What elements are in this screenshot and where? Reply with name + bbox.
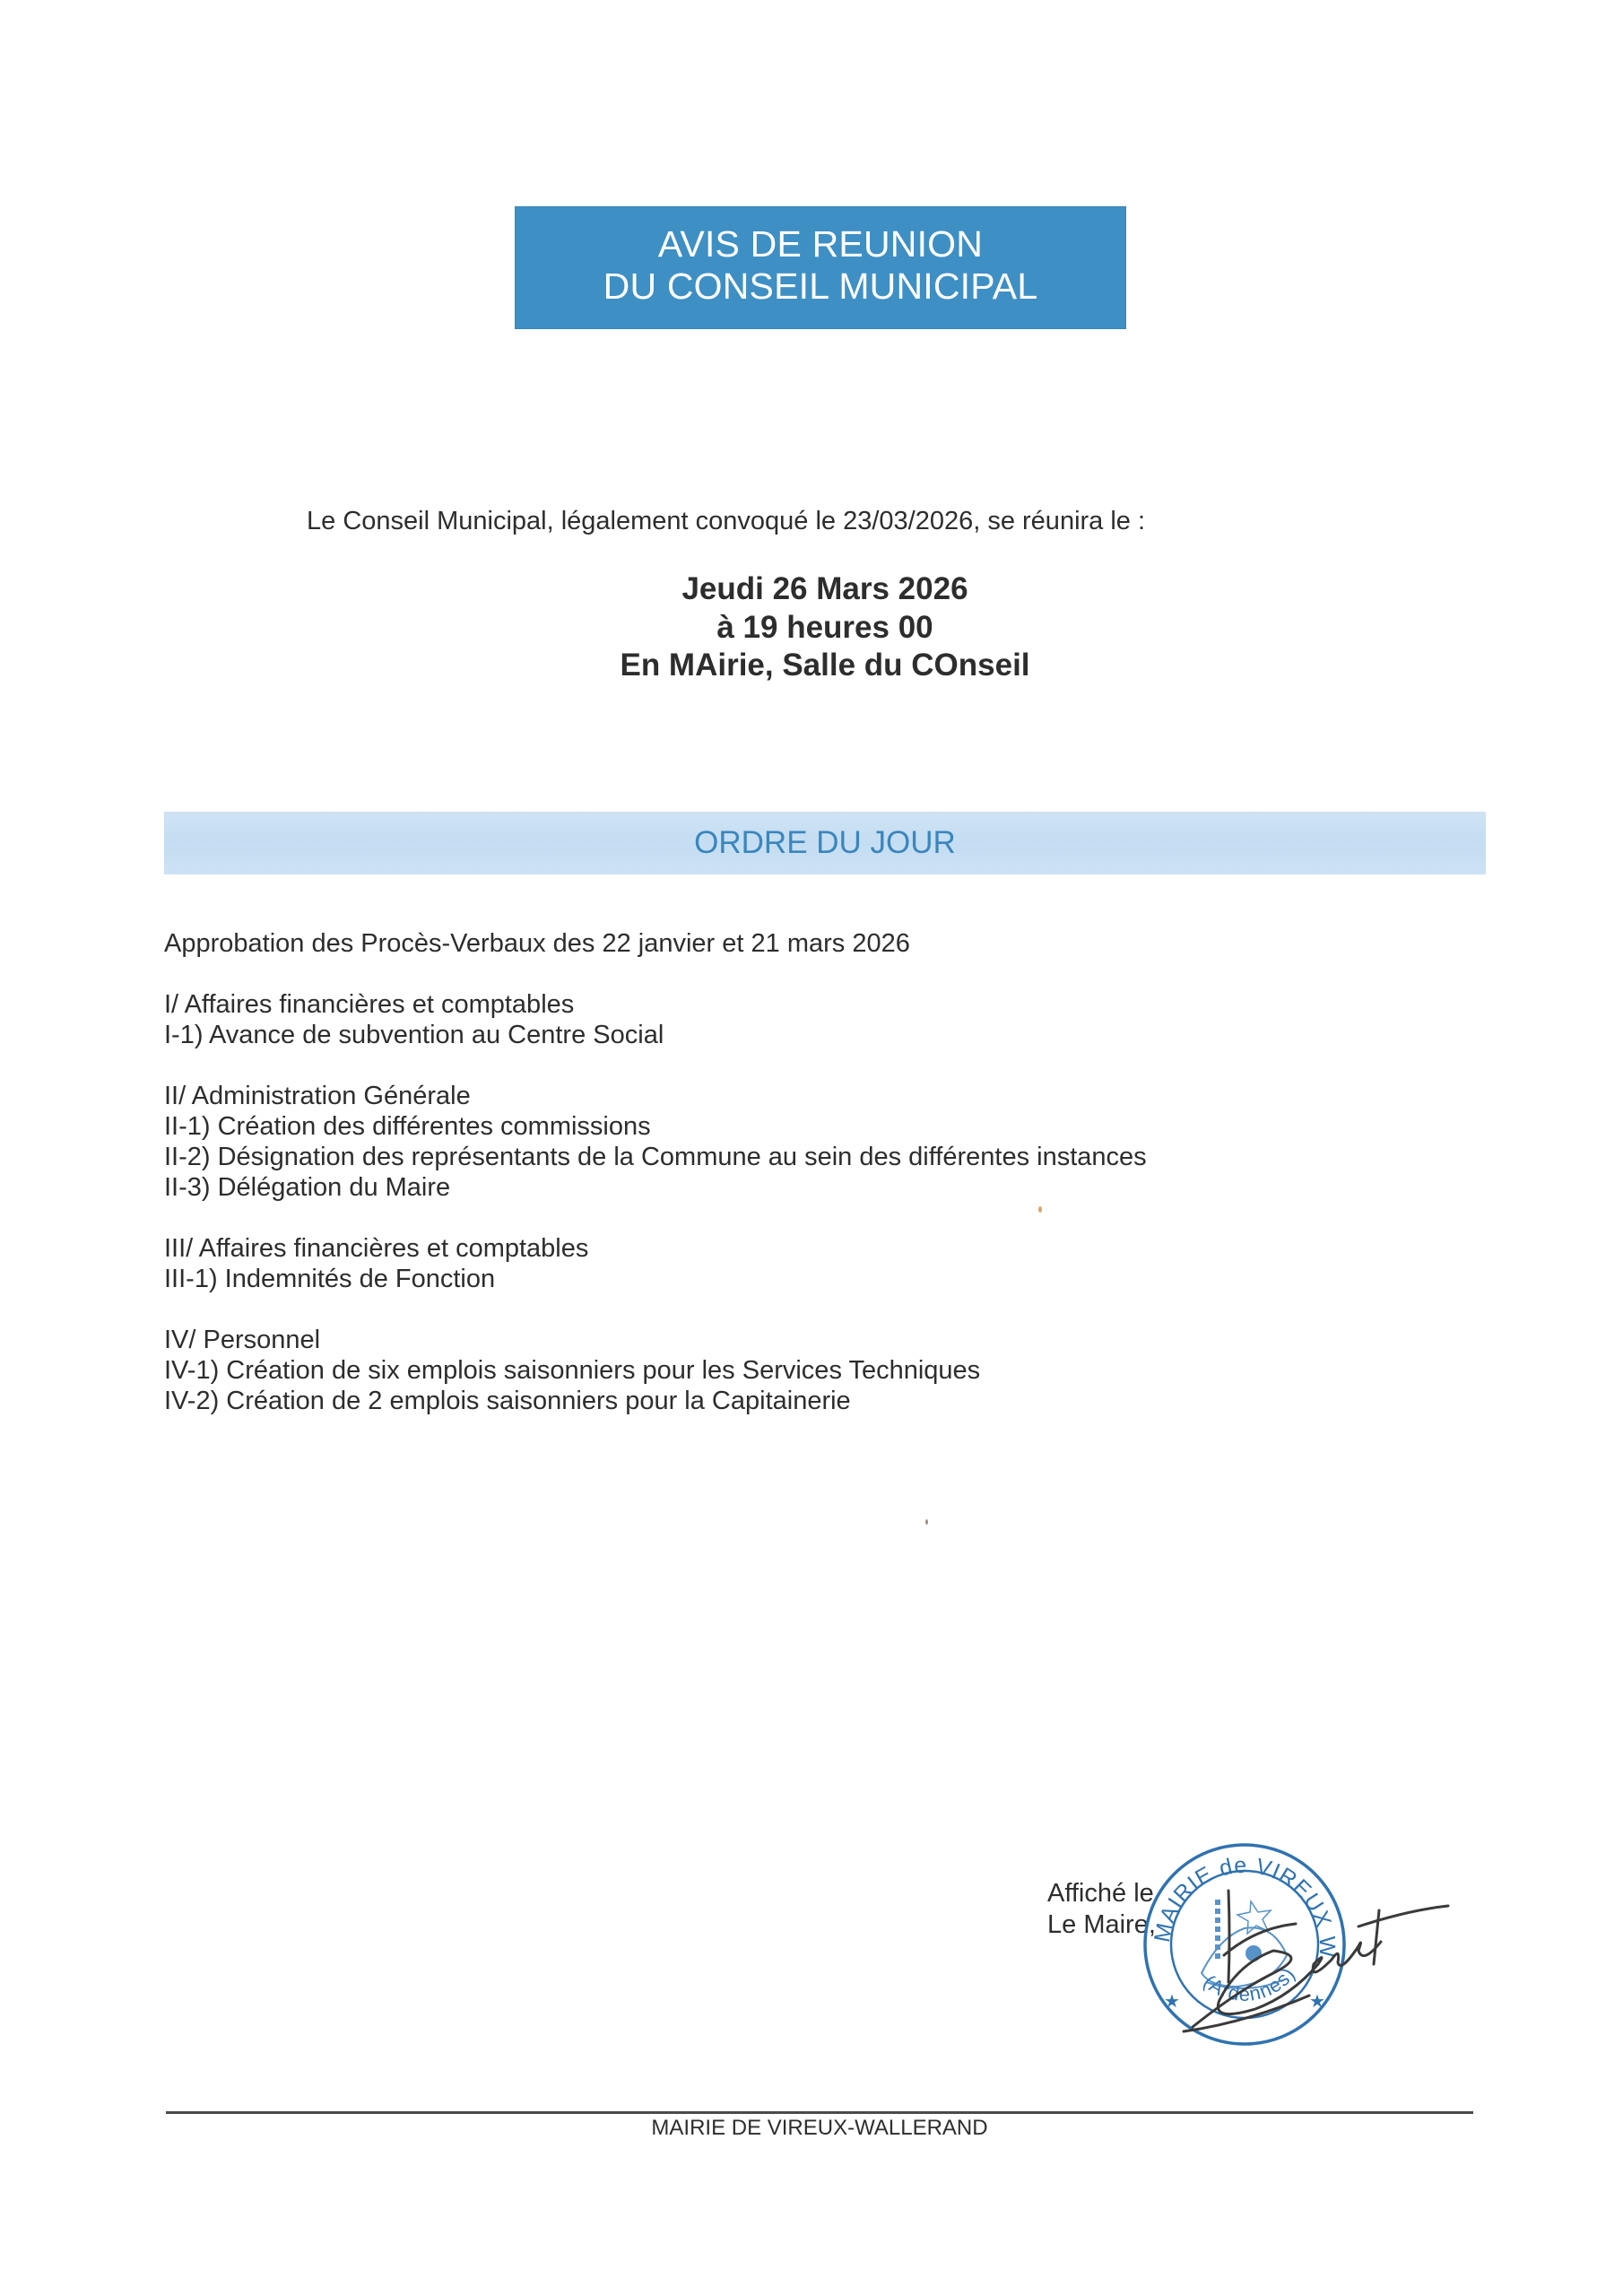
title-line-1: AVIS DE REUNION <box>515 206 1126 265</box>
title-line-2: DU CONSEIL MUNICIPAL <box>515 265 1126 308</box>
agenda-preamble: Approbation des Procès-Verbaux des 22 ja… <box>164 928 1147 959</box>
agenda-item: II-2) Désignation des représentants de l… <box>164 1142 1147 1172</box>
spacer <box>164 959 1147 989</box>
meeting-details: Jeudi 26 Mars 2026 à 19 heures 00 En MAi… <box>466 570 1184 685</box>
agenda-heading: ORDRE DU JOUR <box>694 825 956 860</box>
agenda-item: II-3) Délégation du Maire <box>164 1172 1147 1203</box>
agenda-list: Approbation des Procès-Verbaux des 22 ja… <box>164 928 1147 1416</box>
section-title: IV/ Personnel <box>164 1325 1147 1355</box>
svg-text:★: ★ <box>1164 1990 1180 2012</box>
agenda-item: IV-2) Création de 2 emplois saisonniers … <box>164 1386 1147 1416</box>
scan-speck <box>1038 1206 1042 1213</box>
footer-divider <box>166 2111 1473 2114</box>
agenda-item: IV-1) Création de six emplois saisonnier… <box>164 1355 1147 1386</box>
spacer <box>164 1050 1147 1081</box>
meeting-place: En MAirie, Salle du COnseil <box>466 647 1184 685</box>
convocation-intro: Le Conseil Municipal, légalement convoqu… <box>307 505 1145 537</box>
agenda-item: III-1) Indemnités de Fonction <box>164 1264 1147 1294</box>
svg-text:★: ★ <box>1309 1990 1325 2012</box>
municipal-seal-icon: MAIRIE de VIREUX WALLERAND (Ardennes) ★ … <box>1139 1839 1480 2063</box>
footer-text: MAIRIE DE VIREUX-WALLERAND <box>551 2115 1089 2142</box>
spacer <box>164 1203 1147 1233</box>
spacer <box>164 1294 1147 1325</box>
agenda-item: II-1) Création des différentes commissio… <box>164 1111 1147 1142</box>
agenda-heading-bar: ORDRE DU JOUR <box>164 812 1486 874</box>
meeting-time: à 19 heures 00 <box>466 609 1184 648</box>
agenda-item: I-1) Avance de subvention au Centre Soci… <box>164 1020 1147 1050</box>
scan-speck <box>925 1519 928 1525</box>
title-banner: AVIS DE REUNION DU CONSEIL MUNICIPAL <box>515 206 1126 329</box>
svg-text:MAIRIE de VIREUX WALLERAND: MAIRIE de VIREUX WALLERAND <box>1139 1839 1340 1958</box>
meeting-date: Jeudi 26 Mars 2026 <box>466 570 1184 609</box>
stamp-top-text: MAIRIE de VIREUX WALLERAND <box>1139 1839 1340 1958</box>
section-title: II/ Administration Générale <box>164 1081 1147 1111</box>
section-title: III/ Affaires financières et comptables <box>164 1233 1147 1264</box>
section-title: I/ Affaires financières et comptables <box>164 989 1147 1020</box>
